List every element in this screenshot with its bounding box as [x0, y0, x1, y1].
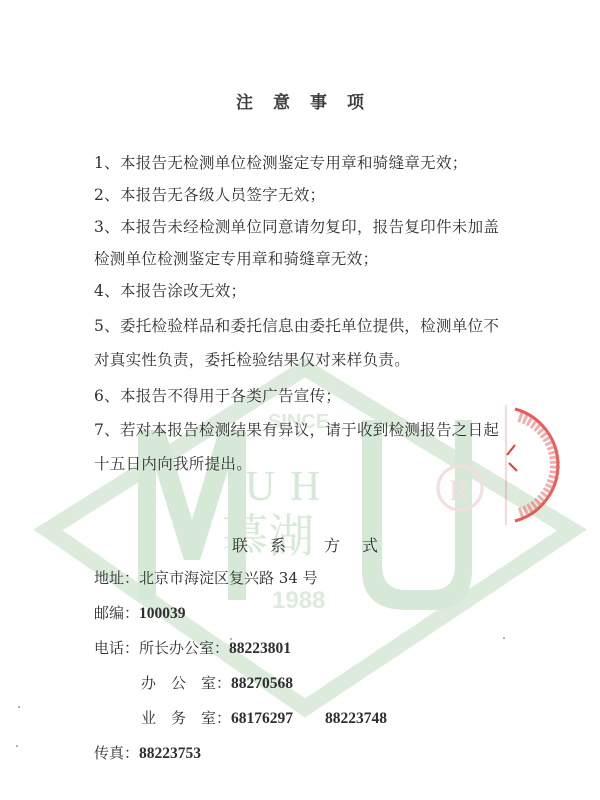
page-title: 注意事项 — [0, 88, 600, 113]
phone-line-3: 业 务 室：6817629788223748 — [141, 707, 387, 728]
scan-speck — [230, 638, 232, 640]
phone-line-1: 电话：所长办公室：88223801 — [94, 637, 291, 658]
address-line: 地址：北京市海淀区复兴路 34 号 — [94, 567, 318, 588]
phone-label: 电话： — [94, 639, 139, 657]
watermark-letter-h: H — [290, 464, 320, 510]
phone-number-2: 88223748 — [325, 710, 387, 727]
red-seal-stamp — [505, 405, 585, 525]
notice-5: 5、委托检验样品和委托信息由委托单位提供，检测单位不 — [94, 314, 499, 336]
fax-label: 传真： — [94, 744, 139, 762]
address-value: 北京市海淀区复兴路 34 号 — [139, 569, 318, 587]
phone-number: 88270568 — [231, 675, 293, 692]
notice-1: 1、本报告无检测单位检测鉴定专用章和骑缝章无效； — [94, 151, 468, 173]
notice-2: 2、本报告无各级人员签字无效； — [94, 183, 325, 205]
contact-heading-char: 联 — [232, 533, 248, 556]
phone-dept: 业 务 室： — [141, 709, 231, 727]
notice-3-cont: 检测单位检测鉴定专用章和骑缝章无效； — [94, 247, 378, 269]
notice-5-cont: 对真实性负责，委托检验结果仅对来样负责。 — [94, 348, 410, 370]
notice-7: 7、若对本报告检测结果有异议，请于收到检测报告之日起 — [94, 418, 499, 440]
postcode-label: 邮编： — [94, 604, 139, 622]
registered-circle — [438, 466, 482, 510]
scan-speck — [18, 706, 20, 708]
postcode-line: 邮编：100039 — [94, 602, 186, 623]
scan-speck — [16, 745, 18, 747]
contact-heading-char: 方 — [324, 533, 340, 556]
scan-speck — [503, 637, 505, 639]
contact-heading: 联系方式 — [0, 533, 600, 556]
phone-number: 68176297 — [231, 710, 293, 727]
phone-number: 88223801 — [229, 640, 291, 657]
watermark-letter-u-large — [362, 420, 472, 610]
notice-7-cont: 十五日内向我所提出。 — [94, 452, 252, 474]
address-label: 地址： — [94, 569, 139, 587]
contact-heading-char: 系 — [270, 533, 286, 556]
notice-3: 3、本报告未经检测单位同意请勿复印，报告复印件未加盖 — [94, 215, 499, 237]
watermark-year: 1988 — [272, 587, 325, 614]
contact-heading-char: 式 — [362, 533, 378, 556]
phone-dept: 办 公 室： — [141, 674, 231, 692]
phone-dept: 所长办公室： — [139, 639, 229, 657]
notice-4: 4、本报告涂改无效； — [94, 279, 246, 301]
fax-line: 传真：88223753 — [94, 742, 201, 763]
postcode-value: 100039 — [139, 605, 186, 622]
phone-line-2: 办 公 室：88270568 — [141, 672, 293, 693]
registered-mark: R — [449, 474, 469, 507]
fax-value: 88223753 — [139, 745, 201, 762]
notice-6: 6、本报告不得用于各类广告宣传； — [94, 384, 341, 406]
document-page: U H SINCE 慕湖 1988 R 注意事项 1、本报告无检测单位检测鉴定专… — [0, 0, 600, 800]
